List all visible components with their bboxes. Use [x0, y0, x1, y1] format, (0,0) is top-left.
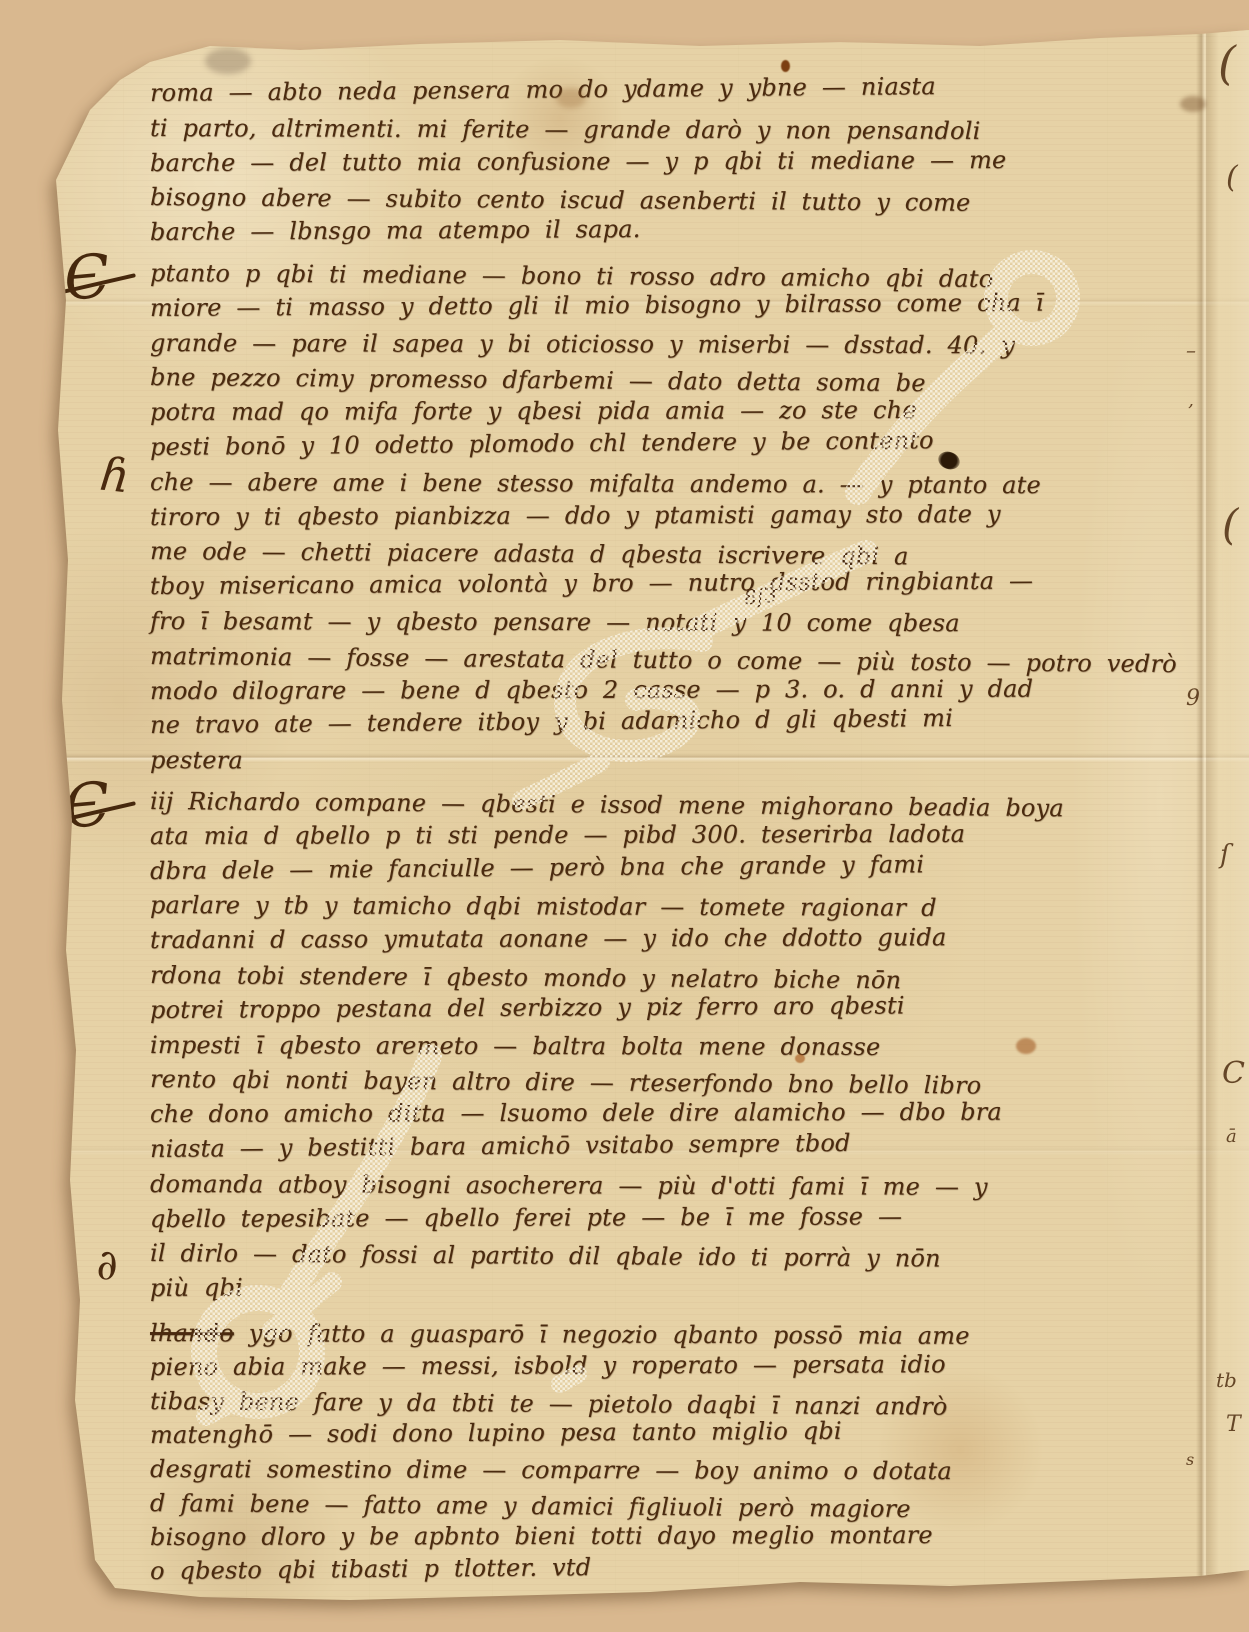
facing-page-mark: 9 — [1186, 686, 1200, 711]
manuscript-page: roma — abto neda pensera mo do ydame y y… — [0, 0, 1249, 1632]
facing-page-mark: ( — [1218, 36, 1236, 90]
facing-page-mark: ( — [1226, 160, 1238, 195]
facing-page-mark: ā — [1226, 1126, 1237, 1147]
paper-shadow-wrap: roma — abto neda pensera mo do ydame y y… — [0, 0, 1249, 1632]
facing-page-mark: ‚ — [1188, 390, 1194, 411]
foxing-stain — [795, 1054, 805, 1063]
scanned-document: roma — abto neda pensera mo do ydame y y… — [0, 0, 1249, 1632]
facing-page-mark: ſ — [1220, 840, 1230, 870]
foxing-stain — [1180, 96, 1206, 112]
facing-page-mark: C — [1222, 1056, 1245, 1091]
foxing-stain — [556, 88, 586, 108]
facing-page-mark: – — [1186, 338, 1196, 362]
facing-page-mark: s — [1186, 1450, 1194, 1469]
facing-page-mark: T — [1226, 1412, 1241, 1437]
foxing-stain — [205, 48, 251, 74]
facing-page-mark: tb — [1216, 1368, 1237, 1392]
foxing-stain — [781, 60, 790, 72]
foxing-stain — [1016, 1038, 1036, 1054]
facing-page-marks: (((–‚9ſCātbTs — [0, 0, 1249, 1632]
facing-page-mark: ( — [1222, 500, 1238, 549]
